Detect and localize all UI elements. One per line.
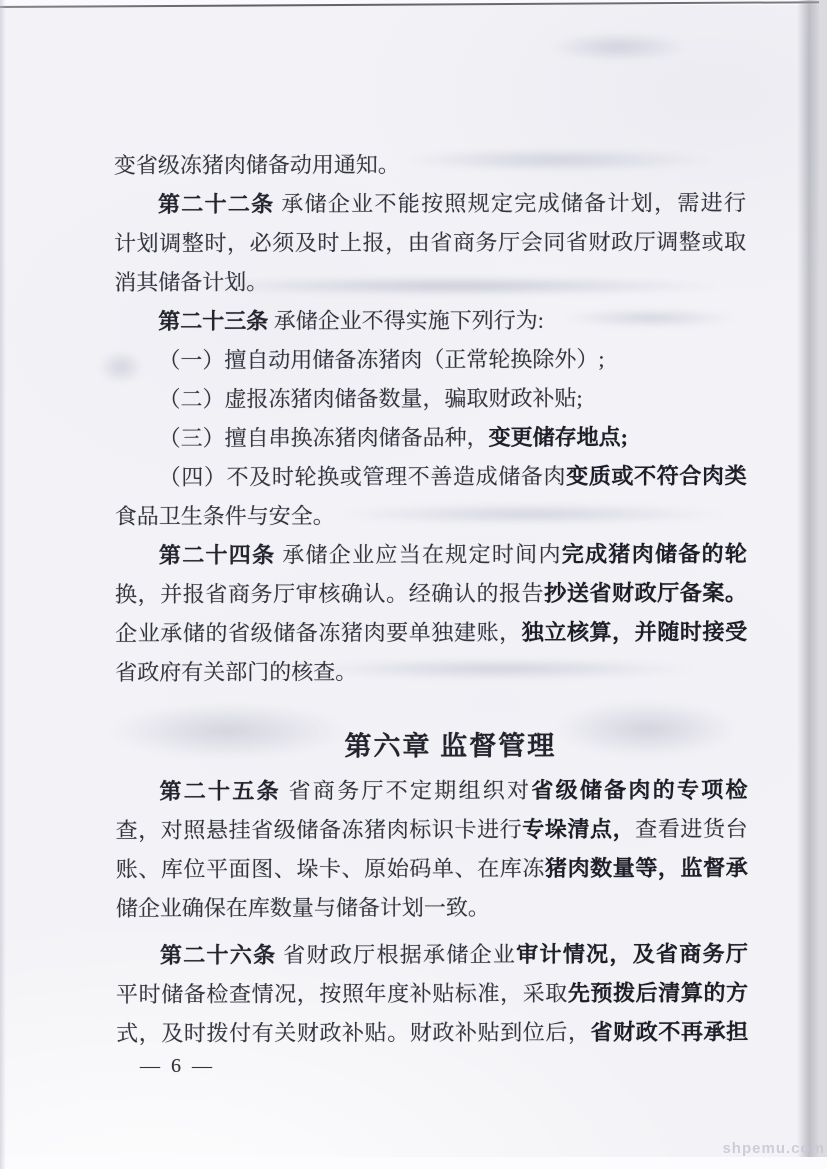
text-line: 账、库位平面图、垛卡、原始码单、在库冻猪肉数量等，监督承: [116, 848, 748, 889]
text-line: （四）不及时轮换或管理不善造成储备肉变质或不符合肉类: [115, 456, 747, 497]
chapter-heading: 第六章 监督管理: [134, 724, 766, 768]
watermark: shpemu.com: [722, 1140, 825, 1157]
text-line: 省政府有关部门的核查。: [115, 651, 747, 692]
text-line: 企业承储的省级储备冻猪肉要单独建账，独立核算，并随时接受: [115, 612, 747, 653]
ink-bleed-smudge: [548, 32, 688, 62]
line-text-emphasis: 变质或不符合肉类: [566, 463, 747, 488]
text-line: 消其储备计划。: [114, 261, 746, 302]
text-line: 第二十三条 承储企业不得实施下列行为:: [114, 300, 746, 341]
line-text: 承储企业应当在规定时间内: [275, 542, 561, 568]
line-text-emphasis: 抄送省财政厅备案。: [544, 580, 747, 606]
line-text-emphasis: 专垛清点，: [522, 816, 635, 841]
text-line: （二）虚报冻猪肉储备数量，骗取财政补贴;: [114, 378, 746, 419]
line-text: （四）不及时轮换或管理不善造成储备肉: [159, 464, 567, 490]
scan-bottom-strip: [0, 1157, 827, 1169]
line-text: 变省级冻猪肉储备动用通知。: [114, 152, 400, 178]
line-text: 计划调整时，必须及时上报，由省商务厅会同省财政厅调整或取: [114, 229, 746, 256]
line-text: 企业承储的省级储备冻猪肉要单独建账，: [115, 620, 522, 646]
article-number: 第二十三条: [158, 308, 268, 333]
line-text: 查，对照悬挂省级储备冻猪肉标识卡进行: [116, 817, 523, 843]
line-text: 承储企业不得实施下列行为:: [268, 308, 544, 334]
text-line: 第二十六条 省财政厅根据承储企业审计情况，及省商务厅: [116, 934, 748, 975]
line-text: 食品卫生条件与安全。: [115, 503, 335, 529]
line-text-emphasis: 先预拨后清算的方: [568, 980, 748, 1005]
text-line: 第二十二条 承储企业不能按照规定完成储备计划，需进行: [114, 183, 746, 224]
text-line: 式，及时拨付有关财政补贴。财政补贴到位后，省财政不再承担: [116, 1012, 748, 1053]
text-line: 第二十五条 省商务厅不定期组织对省级储备肉的专项检: [115, 770, 747, 811]
scan-right-edge: [819, 0, 827, 1169]
line-text: （三）擅自串换冻猪肉储备品种，: [159, 425, 489, 451]
page-number: — 6 —: [140, 1051, 215, 1081]
article-number: 第二十五条: [159, 778, 280, 803]
line-text: 承储企业不能按照规定完成储备计划，需进行: [274, 190, 746, 216]
text-line: 第二十四条 承储企业应当在规定时间内完成猪肉储备的轮: [115, 534, 747, 575]
line-text-emphasis: 省级储备肉的专项检: [531, 777, 747, 803]
document-body-text: 变省级冻猪肉储备动用通知。 第二十二条 承储企业不能按照规定完成储备计划，需进行…: [114, 144, 748, 1053]
text-line: 换，并报省商务厅审核确认。经确认的报告抄送省财政厅备案。: [115, 573, 747, 614]
line-text: （一）擅自动用储备冻猪肉（正常轮换除外）;: [158, 347, 604, 373]
text-line: 平时储备检查情况，按照年度补贴标准，采取先预拨后清算的方: [116, 973, 748, 1014]
text-line: 查，对照悬挂省级储备冻猪肉标识卡进行专垛清点，查看进货台: [116, 809, 748, 850]
text-line: 储企业确保在库数量与储备计划一致。: [116, 887, 748, 928]
scan-left-edge: [0, 0, 6, 1169]
scanned-document-page: 变省级冻猪肉储备动用通知。 第二十二条 承储企业不能按照规定完成储备计划，需进行…: [0, 0, 827, 1169]
line-text: 省政府有关部门的核查。: [115, 659, 357, 685]
line-text-emphasis: 省财政不再承担: [591, 1019, 749, 1044]
article-number: 第二十二条: [158, 191, 275, 216]
line-text: 省商务厅不定期组织对: [281, 778, 532, 804]
line-text-emphasis: 变更储存地点;: [489, 424, 628, 449]
line-text: 换，并报省商务厅审核确认。经确认的报告: [115, 581, 544, 607]
text-line: 计划调整时，必须及时上报，由省商务厅会同省财政厅调整或取: [114, 222, 746, 263]
text-line: （三）擅自串换冻猪肉储备品种，变更储存地点;: [115, 417, 747, 458]
line-text: （二）虚报冻猪肉储备数量，骗取财政补贴;: [158, 386, 582, 412]
scan-right-shadow-band: [797, 0, 819, 1169]
line-text-emphasis: 猪肉数量等，监督承: [545, 855, 748, 881]
text-line: 食品卫生条件与安全。: [115, 495, 747, 536]
article-number: 第二十六条: [160, 942, 277, 967]
line-text: 平时储备检查情况，按照年度补贴标准，采取: [116, 981, 568, 1007]
line-text: 省财政厅根据承储企业: [276, 942, 516, 968]
line-text: 式，及时拨付有关财政补贴。财政补贴到位后，: [116, 1020, 590, 1046]
line-text-emphasis: 审计情况，及省商务厅: [516, 941, 748, 967]
line-text-emphasis: 独立核算，并随时接受: [522, 619, 747, 645]
line-text: 查看进货台: [635, 816, 747, 841]
text-line: 变省级冻猪肉储备动用通知。: [114, 144, 746, 185]
line-text: 账、库位平面图、垛卡、原始码单、在库冻: [116, 856, 545, 882]
line-text: 储企业确保在库数量与储备计划一致。: [116, 895, 490, 921]
line-text: 消其储备计划。: [114, 269, 268, 294]
article-number: 第二十四条: [159, 542, 276, 567]
text-line: （一）擅自动用储备冻猪肉（正常轮换除外）;: [114, 339, 746, 380]
line-text-emphasis: 完成猪肉储备的轮: [562, 541, 747, 566]
